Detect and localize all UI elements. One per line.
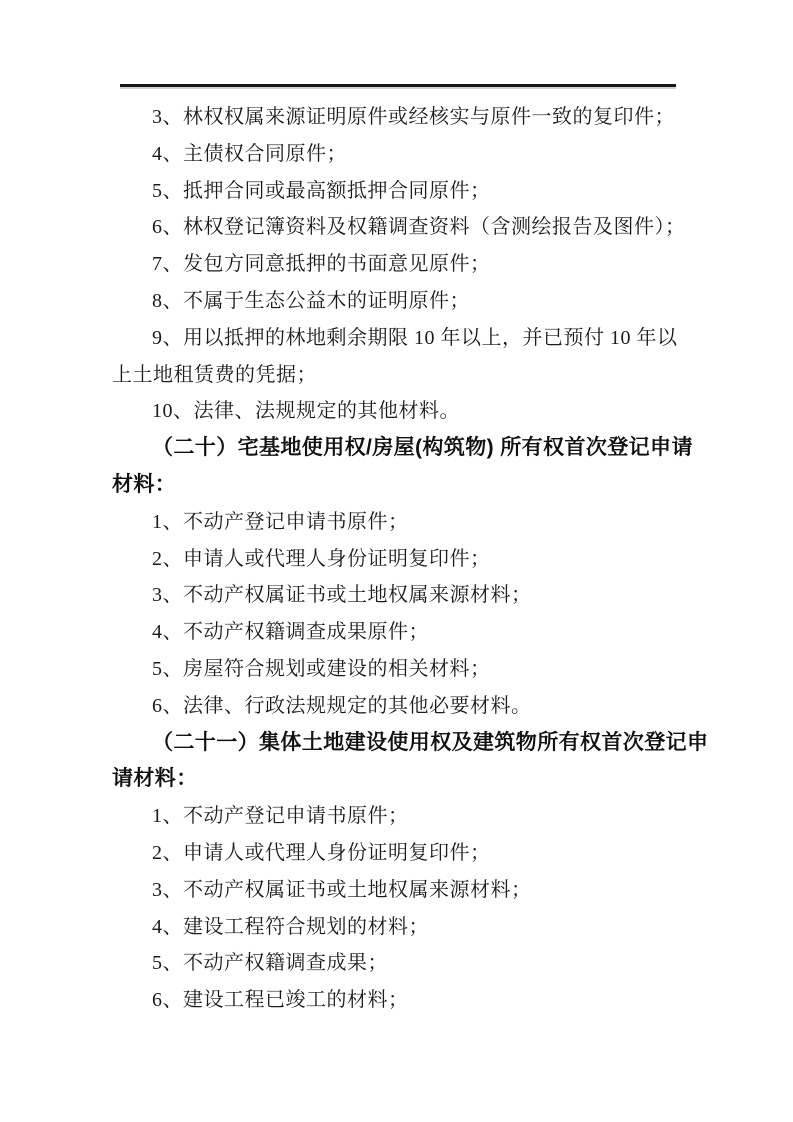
- section-20-item-4: 4、不动产权籍调查成果原件；: [112, 614, 726, 651]
- header-rule-line: [120, 84, 676, 87]
- list-item-9-continuation: 上土地租赁费的凭据；: [112, 357, 726, 394]
- section-20-item-3: 3、不动产权属证书或土地权属来源材料；: [112, 577, 726, 614]
- section-21-item-1: 1、不动产登记申请书原件；: [112, 798, 726, 835]
- document-text-block: 3、林权权属来源证明原件或经核实与原件一致的复印件； 4、主债权合同原件； 5、…: [112, 99, 726, 1019]
- section-21-item-4: 4、建设工程符合规划的材料；: [112, 909, 726, 946]
- list-item-6: 6、林权登记簿资料及权籍调查资料（含测绘报告及图件）；: [112, 209, 726, 246]
- list-item-7: 7、发包方同意抵押的书面意见原件；: [112, 246, 726, 283]
- list-item-10: 10、法律、法规规定的其他材料。: [112, 393, 726, 430]
- list-item-5: 5、抵押合同或最高额抵押合同原件；: [112, 173, 726, 210]
- document-page: 3、林权权属来源证明原件或经核实与原件一致的复印件； 4、主债权合同原件； 5、…: [0, 0, 793, 1122]
- section-21-item-6: 6、建设工程已竣工的材料；: [112, 982, 726, 1019]
- list-item-9: 9、用以抵押的林地剩余期限 10 年以上，并已预付 10 年以: [112, 320, 726, 357]
- section-20-item-1: 1、不动产登记申请书原件；: [112, 504, 726, 541]
- list-item-4: 4、主债权合同原件；: [112, 136, 726, 173]
- section-21-item-2: 2、申请人或代理人身份证明复印件；: [112, 835, 726, 872]
- list-item-3: 3、林权权属来源证明原件或经核实与原件一致的复印件；: [112, 99, 726, 136]
- section-21-heading: （二十一）集体土地建设使用权及建筑物所有权首次登记申: [112, 725, 726, 762]
- section-20-heading: （二十）宅基地使用权/房屋(构筑物) 所有权首次登记申请: [112, 430, 726, 467]
- section-21-item-3: 3、不动产权属证书或土地权属来源材料；: [112, 872, 726, 909]
- section-21-item-5: 5、不动产权籍调查成果；: [112, 945, 726, 982]
- section-20-item-5: 5、房屋符合规划或建设的相关材料；: [112, 651, 726, 688]
- section-20-item-6: 6、法律、行政法规规定的其他必要材料。: [112, 688, 726, 725]
- section-20-heading-continuation: 材料：: [112, 467, 726, 504]
- section-20-item-2: 2、申请人或代理人身份证明复印件；: [112, 541, 726, 578]
- section-21-heading-continuation: 请材料：: [112, 761, 726, 798]
- list-item-8: 8、不属于生态公益木的证明原件；: [112, 283, 726, 320]
